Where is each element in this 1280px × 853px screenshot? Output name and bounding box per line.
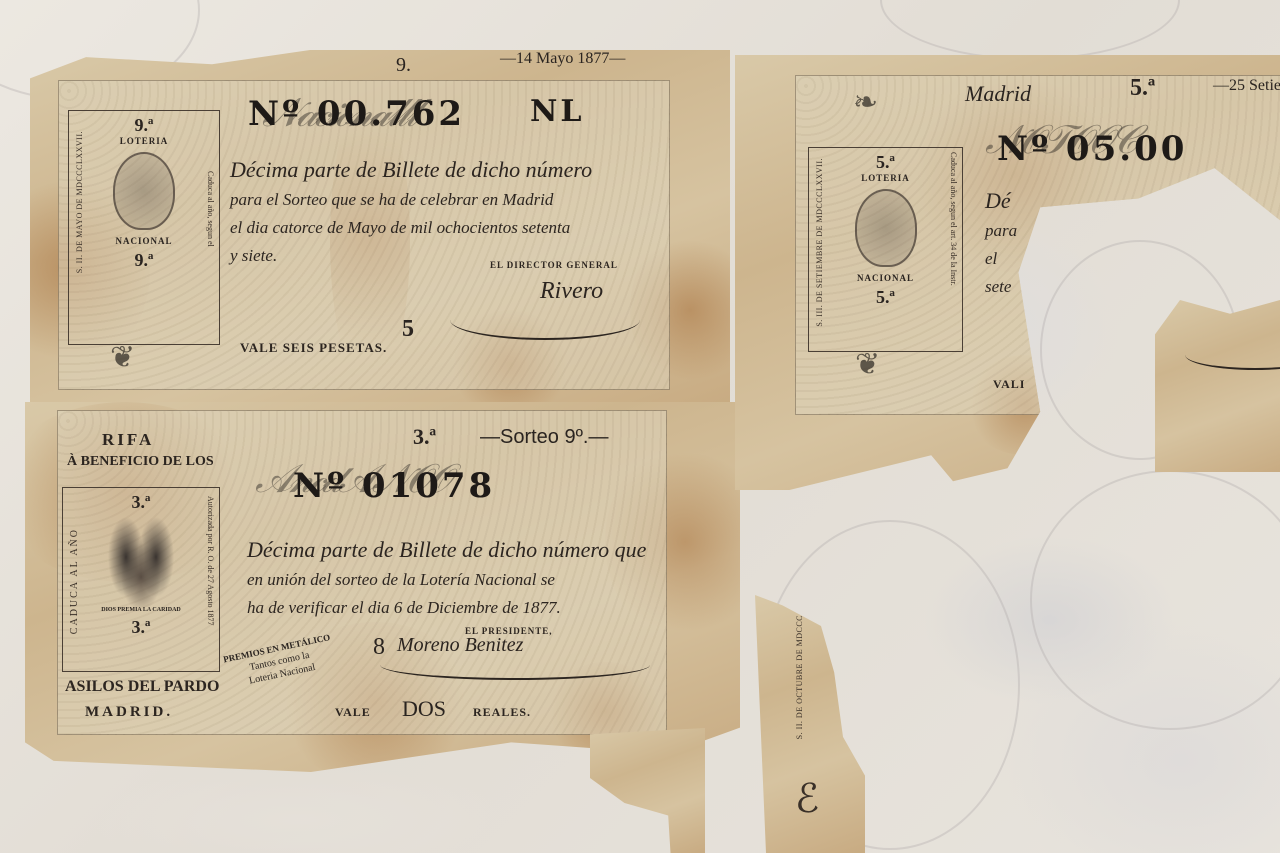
stub-top-number: 3.ª — [132, 492, 151, 513]
signature-flourish — [1185, 340, 1280, 370]
issue-city: Madrid — [965, 81, 1031, 107]
raffle-stub: 3.ª DIOS PREMIA LA CARIDAD 3.ª CADUCA AL… — [62, 487, 220, 672]
stub-vertical-left-text: S. III. DE SETIEMBRE DE MDCCCLXXVII. — [815, 158, 824, 327]
ticket-serial-suffix: NL — [530, 94, 585, 129]
body-line-1: Décima parte de Billete de dicho número — [230, 157, 592, 182]
draw-number: —Sorteo 9º.— — [480, 426, 608, 449]
stub-bottom-number: 3.ª — [132, 617, 151, 638]
stub-label-bottom: NACIONAL — [115, 236, 172, 246]
stub-label-top: LOTERIA — [120, 136, 169, 146]
raffle-subheading: À BENEFICIO DE LOS — [67, 454, 214, 470]
charity-raffle-ticket-december-1877: RIFA À BENEFICIO DE LOS 3.ª DIOS PREMIA … — [25, 402, 740, 772]
body-line-2: para el Sorteo que se ha de celebrar en … — [230, 186, 592, 214]
stub-vertical-left-text: CADUCA AL AÑO — [69, 528, 80, 634]
signature-underline — [380, 650, 650, 680]
ticket-fraction: 3.ª — [413, 424, 436, 450]
raffle-body-text: Décima parte de Billete de dicho número … — [247, 536, 646, 622]
stub-bottom-number: 9.ª — [135, 250, 154, 271]
body-line-2: en unión del sorteo de la Lotería Nacion… — [247, 566, 646, 594]
body-fragment-2: para — [985, 217, 1017, 245]
stub-vertical-right-text: Autorizada por R. O. de 27 Agosto 1877 — [206, 496, 215, 626]
value-partial: VALI — [993, 377, 1025, 392]
ornamental-flourish-icon: ℰ — [795, 775, 819, 822]
stub-vertical-left-text: S. II. DE MAYO DE MDCCCLXXVII. — [75, 131, 84, 273]
stub-vertical-right-text: Caduca al año, segun el art. 34 de la In… — [949, 152, 958, 286]
draw-date-partial: —25 Setie — [1213, 77, 1280, 95]
ticket-remnant-right — [1155, 300, 1280, 472]
ornamental-flourish-icon: ❦ — [110, 340, 135, 375]
stub-image-caption: DIOS PREMIA LA CARIDAD — [101, 607, 181, 613]
ticket-serial-number: Nº 00.762 — [248, 94, 465, 134]
series-number: 8 — [373, 634, 385, 661]
royal-coat-of-arms-icon — [855, 189, 917, 267]
value-unit: REALES. — [473, 705, 531, 720]
draw-number: 9. — [396, 54, 411, 77]
ticket-body-fragments: Dé para el sete — [985, 187, 1017, 301]
value-amount: DOS — [402, 696, 446, 722]
ticket-serial-number-partial: Nº 05.00 — [997, 129, 1187, 169]
signatory-title: EL DIRECTOR GENERAL — [490, 260, 618, 270]
value-prefix: VALE — [335, 705, 371, 720]
fragment-vertical-text: S. II. DE OCTUBRE DE MDCCC — [795, 615, 804, 739]
body-line-3: ha de verificar el dia 6 de Diciembre de… — [247, 594, 646, 622]
ornamental-flourish-icon: ❧ — [853, 85, 878, 120]
ornamental-flourish-icon: ❦ — [855, 347, 880, 382]
royal-coat-of-arms-icon — [113, 152, 175, 230]
raffle-beneficiary: ASILOS DEL PARDO — [65, 678, 219, 696]
stub-top-number: 9.ª — [135, 115, 154, 136]
stub-label-bottom: NACIONAL — [857, 273, 914, 283]
wallpaper-emboss-swirl — [1030, 470, 1280, 730]
raffle-serial-number: Nº 01078 — [293, 466, 495, 506]
wallpaper-emboss-swirl — [880, 0, 1180, 60]
raffle-heading: RIFA — [102, 430, 154, 450]
ticket-stub: 5.ª LOTERIA NACIONAL 5.ª S. III. DE SETI… — [808, 147, 963, 352]
ticket-stub: 9.ª LOTERIA NACIONAL 9.ª S. II. DE MAYO … — [68, 110, 220, 345]
stub-bottom-number: 5.ª — [876, 287, 895, 308]
signature-underline — [450, 300, 640, 340]
lottery-ticket-may-1877: 9.ª LOTERIA NACIONAL 9.ª S. II. DE MAYO … — [30, 50, 730, 405]
raffle-city: MADRID. — [85, 704, 173, 721]
series-number: 5 — [402, 316, 414, 343]
stub-label-top: LOTERIA — [861, 173, 910, 183]
body-line-3: el dia catorce de Mayo de mil ochociento… — [230, 214, 592, 242]
ticket-fraction: 5.ª — [1130, 75, 1155, 102]
body-line-1: Décima parte de Billete de dicho número … — [247, 537, 646, 562]
body-fragment-1: Dé — [985, 188, 1011, 213]
ticket-value: VALE SEIS PESETAS. — [240, 340, 387, 356]
stub-top-number: 5.ª — [876, 152, 895, 173]
body-fragment-3: el — [985, 245, 1017, 273]
draw-date: —14 Mayo 1877— — [500, 50, 625, 68]
angel-charity-illustration-icon — [106, 517, 176, 607]
stub-vertical-right-text: Caduca al año, segun el — [206, 171, 215, 247]
ticket-body-text: Décima parte de Billete de dicho número … — [230, 156, 592, 270]
body-fragment-4: sete — [985, 273, 1017, 301]
